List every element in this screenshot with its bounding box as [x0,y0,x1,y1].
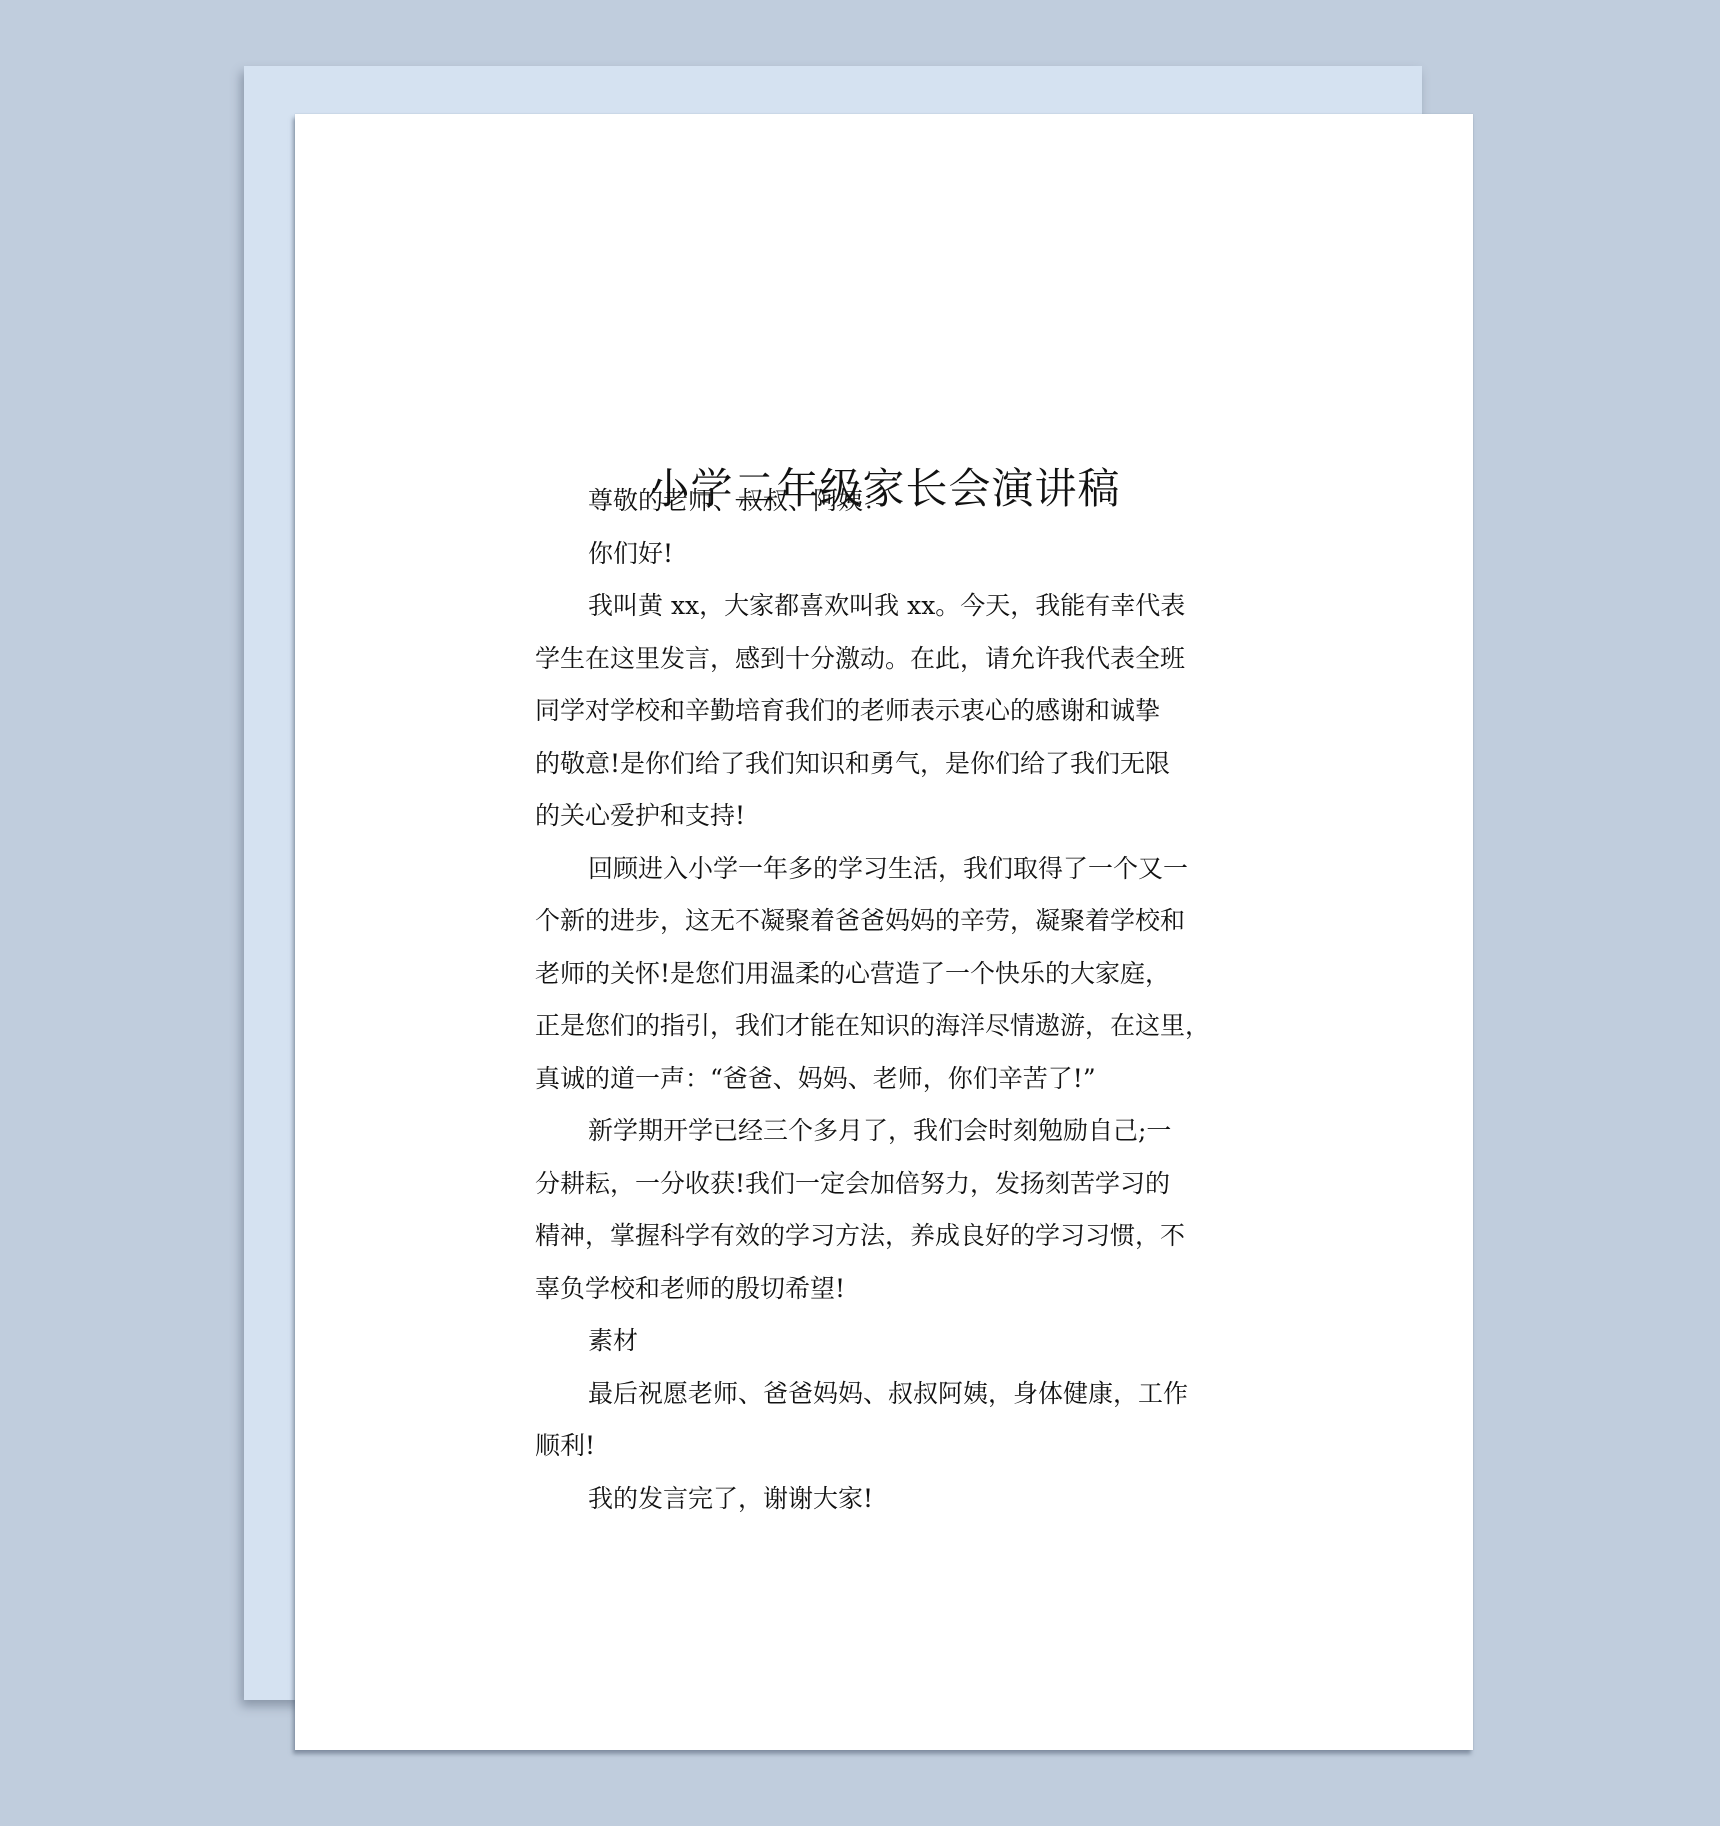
text-line: 顺利! [535,1420,1229,1473]
text-line: 个新的进步，这无不凝聚着爸爸妈妈的辛劳，凝聚着学校和 [535,895,1229,948]
text-line: 的关心爱护和支持! [535,790,1229,843]
text-line: 同学对学校和辛勤培育我们的老师表示衷心的感谢和诚挚 [535,685,1229,738]
text-line: 精神，掌握科学有效的学习方法，养成良好的学习习惯，不 [535,1210,1229,1263]
text-line: 尊敬的老师、叔叔、阿姨： [535,475,1229,528]
text-line: 真诚的道一声：“爸爸、妈妈、老师，你们辛苦了!” [535,1053,1229,1106]
text-line: 老师的关怀!是您们用温柔的心营造了一个快乐的大家庭， [535,948,1229,1001]
paragraph-wishes: 最后祝愿老师、爸爸妈妈、叔叔阿姨，身体健康，工作 顺利! [535,1368,1229,1473]
paragraph-closing: 我的发言完了，谢谢大家! [535,1473,1229,1526]
text-line: 素材 [535,1315,1229,1368]
paragraph-salutation: 尊敬的老师、叔叔、阿姨： [535,475,1229,528]
text-line: 正是您们的指引，我们才能在知识的海洋尽情遨游，在这里， [535,1000,1229,1053]
text-line: 新学期开学已经三个多月了，我们会时刻勉励自己;一 [535,1105,1229,1158]
document-page: 小学二年级家长会演讲稿 尊敬的老师、叔叔、阿姨： 你们好! 我叫黄 xx，大家都… [295,114,1473,1750]
document-body: 尊敬的老师、叔叔、阿姨： 你们好! 我叫黄 xx，大家都喜欢叫我 xx。今天，我… [535,475,1229,1525]
paragraph-material: 素材 [535,1315,1229,1368]
text-line: 的敬意!是你们给了我们知识和勇气，是你们给了我们无限 [535,738,1229,791]
paragraph-introduction: 我叫黄 xx，大家都喜欢叫我 xx。今天，我能有幸代表 学生在这里发言，感到十分… [535,580,1229,843]
text-line: 回顾进入小学一年多的学习生活，我们取得了一个又一 [535,843,1229,896]
paragraph-review: 回顾进入小学一年多的学习生活，我们取得了一个又一 个新的进步，这无不凝聚着爸爸妈… [535,843,1229,1106]
text-line: 学生在这里发言，感到十分激动。在此，请允许我代表全班 [535,633,1229,686]
text-line: 我的发言完了，谢谢大家! [535,1473,1229,1526]
text-line: 我叫黄 xx，大家都喜欢叫我 xx。今天，我能有幸代表 [535,580,1229,633]
text-line: 分耕耘，一分收获!我们一定会加倍努力，发扬刻苦学习的 [535,1158,1229,1211]
text-line: 最后祝愿老师、爸爸妈妈、叔叔阿姨，身体健康，工作 [535,1368,1229,1421]
paragraph-new-semester: 新学期开学已经三个多月了，我们会时刻勉励自己;一 分耕耘，一分收获!我们一定会加… [535,1105,1229,1315]
paragraph-greeting: 你们好! [535,528,1229,581]
text-line: 你们好! [535,528,1229,581]
text-line: 辜负学校和老师的殷切希望! [535,1263,1229,1316]
